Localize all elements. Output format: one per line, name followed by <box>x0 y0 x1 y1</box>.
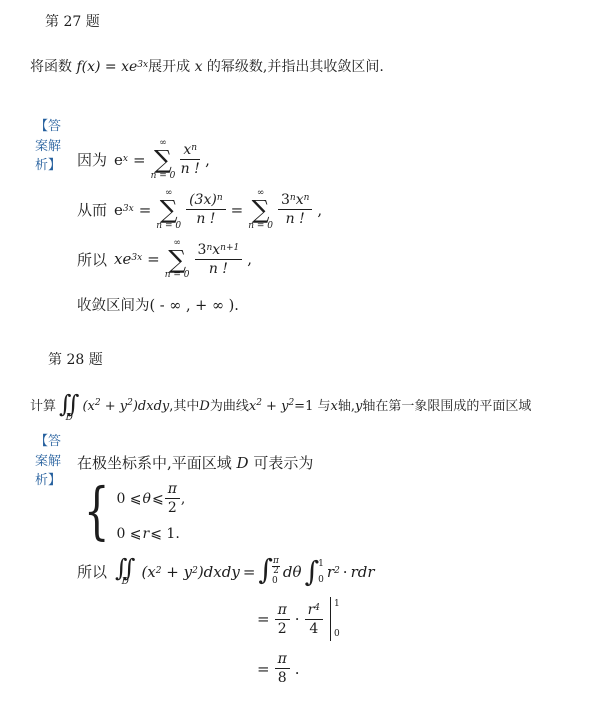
sum-lower-limit: n = 0 <box>165 271 190 280</box>
text-lead: 所以 <box>77 561 107 582</box>
denominator: 2 <box>273 567 279 576</box>
numerator-exponent: n <box>217 193 223 203</box>
denominator: 2 <box>168 499 177 516</box>
denominator: 4 <box>309 620 318 637</box>
fraction: xn n ! <box>180 142 200 177</box>
numerator: π <box>165 481 180 499</box>
equals-sign: = <box>257 660 270 678</box>
problem-text: 计算 <box>30 386 56 428</box>
punctuation: . <box>295 660 300 678</box>
lower-limit: 0 <box>318 575 324 585</box>
denominator: 8 <box>278 669 287 686</box>
equals-sign: = <box>139 201 152 219</box>
left-brace: { <box>84 485 110 538</box>
exponent: 3x <box>137 60 148 70</box>
dot-operator: · <box>343 563 348 581</box>
double-integral-operator: ∬ D <box>59 392 79 423</box>
fraction: 3nxn n ! <box>278 192 312 227</box>
upper-limit-fraction: π 2 <box>272 557 280 576</box>
numerator-exponent: n+1 <box>220 243 239 253</box>
intro-text: 可表示为 <box>249 454 314 472</box>
curve-expression: x2 + y2 <box>249 386 294 429</box>
lower-limit: 0 <box>272 576 280 586</box>
constraint-text: ⩽ 1. <box>150 526 180 542</box>
equals-sign: = <box>100 59 121 75</box>
constraint-text: 0 ⩽ <box>116 491 141 507</box>
solution-line: = π 2 · r4 4 1 0 <box>257 597 375 641</box>
exponent: 2 <box>95 398 101 408</box>
exponent: x <box>123 154 128 164</box>
fraction: π 2 <box>275 602 290 637</box>
numerator: π <box>275 651 290 669</box>
e-term: e3x <box>114 201 134 219</box>
exponent: 2 <box>334 566 340 576</box>
function-expression: f(x) <box>76 59 100 75</box>
exponent: 2 <box>288 398 294 408</box>
upper-limit: 1 <box>318 559 324 569</box>
dot-operator: · <box>295 610 300 628</box>
fraction: π 2 <box>165 481 180 516</box>
integral-symbol: ∫ <box>305 558 320 586</box>
sigma-symbol: ∑ <box>252 198 270 222</box>
punctuation: , <box>181 491 185 507</box>
fraction: 3nxn+1 n ! <box>195 242 243 277</box>
text-lead: 因为 <box>77 149 107 170</box>
differential: )dxdy <box>198 563 240 581</box>
question-27-heading: 第 27 题 <box>45 11 100 31</box>
constraint-system: { 0 ⩽ θ ⩽ π 2 , 0 ⩽ r ⩽ 1. <box>77 481 375 542</box>
r-constraint: 0 ⩽ r ⩽ 1. <box>116 526 185 542</box>
solution-line: 从而 e3x = ∞ ∑ n = 0 (3x)n n ! = ∞ ∑ n = 0… <box>77 189 322 231</box>
solution-line: 所以 ∬ D (x2 + y2)dxdy = ∫ π 2 0 dθ ∫ <box>77 556 375 587</box>
constraint-text: 0 ⩽ <box>116 526 141 542</box>
integral-symbol: ∫ <box>258 556 273 587</box>
solution-line: 因为 ex = ∞ ∑ n = 0 xn n ! , <box>77 139 322 181</box>
numerator-exponent: 4 <box>314 603 320 613</box>
numerator-exponent: n <box>304 193 310 203</box>
integrand-part: + y <box>101 399 128 414</box>
solution-line: = π 8 . <box>257 651 375 686</box>
question-27-problem: 将函数 f(x) = xe3x展开成 x 的幂级数,并指出其收敛区间. <box>30 59 384 76</box>
equals-sign: = <box>133 151 146 169</box>
exponent: 2 <box>192 566 198 576</box>
r-dr: rdr <box>351 563 375 581</box>
numerator-exponent: n <box>191 143 197 153</box>
evaluation-bar: 1 0 <box>330 597 340 641</box>
fraction: r4 4 <box>305 602 323 637</box>
sigma-symbol: ∑ <box>160 198 178 222</box>
theta-constraint: 0 ⩽ θ ⩽ π 2 , <box>116 481 185 516</box>
exponent: 2 <box>156 566 162 576</box>
exponent: 2 <box>256 398 262 408</box>
fraction: (3x)n n ! <box>186 192 226 227</box>
sum-operator: ∞ ∑ n = 0 <box>151 139 176 181</box>
question-28-heading: 第 28 题 <box>48 349 103 369</box>
numerator-exponent: n <box>206 243 212 253</box>
sigma-symbol: ∑ <box>154 148 172 172</box>
denominator: 2 <box>278 620 287 637</box>
conclusion-text: 收敛区间为( - ∞ , + ∞ ). <box>77 294 239 315</box>
sum-lower-limit: n = 0 <box>248 222 273 231</box>
problem-text: 的幂级数,并指出其收敛区间. <box>202 59 383 75</box>
xe-term: xe <box>121 59 137 75</box>
equals-sign: = <box>257 610 270 628</box>
numerator-exponent: n <box>290 193 296 203</box>
punctuation: , <box>205 151 210 169</box>
integrand-part: + y <box>162 563 193 581</box>
question-27-solution: 因为 ex = ∞ ∑ n = 0 xn n ! , 从而 e3x = ∞ ∑ … <box>77 139 322 315</box>
numerator: 3 <box>281 192 290 208</box>
fraction: π 8 <box>275 651 290 686</box>
sum-operator: ∞ ∑ n = 0 <box>248 189 273 231</box>
xe-term: xe3x <box>114 250 142 268</box>
punctuation: , <box>317 201 322 219</box>
differential: )dxdy <box>133 399 169 414</box>
text-lead: 所以 <box>77 249 107 270</box>
solution-intro: 在极坐标系中,平面区域 D 可表示为 <box>77 452 375 473</box>
answer-label: 【答案解析】 <box>35 432 65 491</box>
integral-domain: D <box>122 578 129 587</box>
sum-lower-limit: n = 0 <box>156 222 181 231</box>
double-integral-operator: ∬ D <box>115 556 135 587</box>
d-theta: dθ <box>283 563 302 581</box>
variable-theta: θ <box>143 491 151 507</box>
denominator: n ! <box>196 210 215 227</box>
curve-part: + y <box>262 399 289 414</box>
r-squared: r2 <box>327 563 340 581</box>
upper-limit: 1 <box>334 599 340 609</box>
problem-text: ,其中 <box>169 386 199 428</box>
integral-limits: π 2 0 <box>272 556 280 587</box>
sum-operator: ∞ ∑ n = 0 <box>156 189 181 231</box>
integrand: (x2 + y2)dxdy <box>141 563 239 581</box>
region-d: D <box>237 454 249 472</box>
variable-x: x <box>330 386 337 428</box>
integrand: (x2 + y2)dxdy <box>82 386 169 429</box>
sigma-symbol: ∑ <box>168 248 186 272</box>
solution-line: 所以 xe3x = ∞ ∑ n = 0 3nxn+1 n ! , <box>77 239 322 281</box>
denominator: n ! <box>209 260 228 277</box>
problem-text: 展开成 <box>148 59 194 75</box>
denominator: n ! <box>286 210 305 227</box>
numerator: x <box>296 192 304 208</box>
punctuation: , <box>247 250 252 268</box>
e-term: ex <box>114 151 128 169</box>
document-page: 第 27 题 将函数 f(x) = xe3x展开成 x 的幂级数,并指出其收敛区… <box>0 0 606 726</box>
question-28-problem: 计算 ∬ D (x2 + y2)dxdy ,其中 D 为曲线 x2 + y2 =… <box>30 386 531 428</box>
equals-sign: = <box>231 201 244 219</box>
sum-lower-limit: n = 0 <box>151 172 176 181</box>
integral-operator: ∫ 1 0 <box>305 558 324 586</box>
sum-operator: ∞ ∑ n = 0 <box>165 239 190 281</box>
numerator: (3x) <box>189 192 217 208</box>
constraint-rows: 0 ⩽ θ ⩽ π 2 , 0 ⩽ r ⩽ 1. <box>116 481 185 542</box>
variable-r: r <box>143 526 150 542</box>
answer-label: 【答案解析】 <box>35 117 65 176</box>
denominator: n ! <box>181 160 200 177</box>
integral-limits: 1 0 <box>318 558 324 586</box>
integral-operator: ∫ π 2 0 <box>258 556 280 587</box>
question-28-solution: 在极坐标系中,平面区域 D 可表示为 { 0 ⩽ θ ⩽ π 2 , 0 ⩽ r… <box>77 452 375 686</box>
constraint-text: ⩽ <box>152 491 164 507</box>
text-lead: 从而 <box>77 199 107 220</box>
problem-text: 轴在第一象限围成的平面区域 <box>362 386 531 428</box>
lower-limit: 0 <box>334 629 340 639</box>
problem-text: =1 与 <box>294 386 330 428</box>
equals-sign: = <box>147 250 160 268</box>
problem-text: 轴, <box>338 386 355 428</box>
integral-domain: D <box>66 414 73 423</box>
exponent: 2 <box>127 398 133 408</box>
exponent: 3x <box>123 204 134 214</box>
exponent: 3x <box>131 253 142 263</box>
problem-text: 将函数 <box>30 59 72 75</box>
double-integral-symbol: ∬ <box>59 392 79 416</box>
convergence-interval-line: 收敛区间为( - ∞ , + ∞ ). <box>77 294 322 315</box>
problem-text: 为曲线 <box>210 386 249 428</box>
numerator: π <box>275 602 290 620</box>
region-d: D <box>199 386 209 428</box>
equals-sign: = <box>243 563 256 581</box>
variable-y: y <box>355 386 362 428</box>
numerator: x <box>212 242 220 258</box>
intro-text: 在极坐标系中,平面区域 <box>77 454 237 472</box>
